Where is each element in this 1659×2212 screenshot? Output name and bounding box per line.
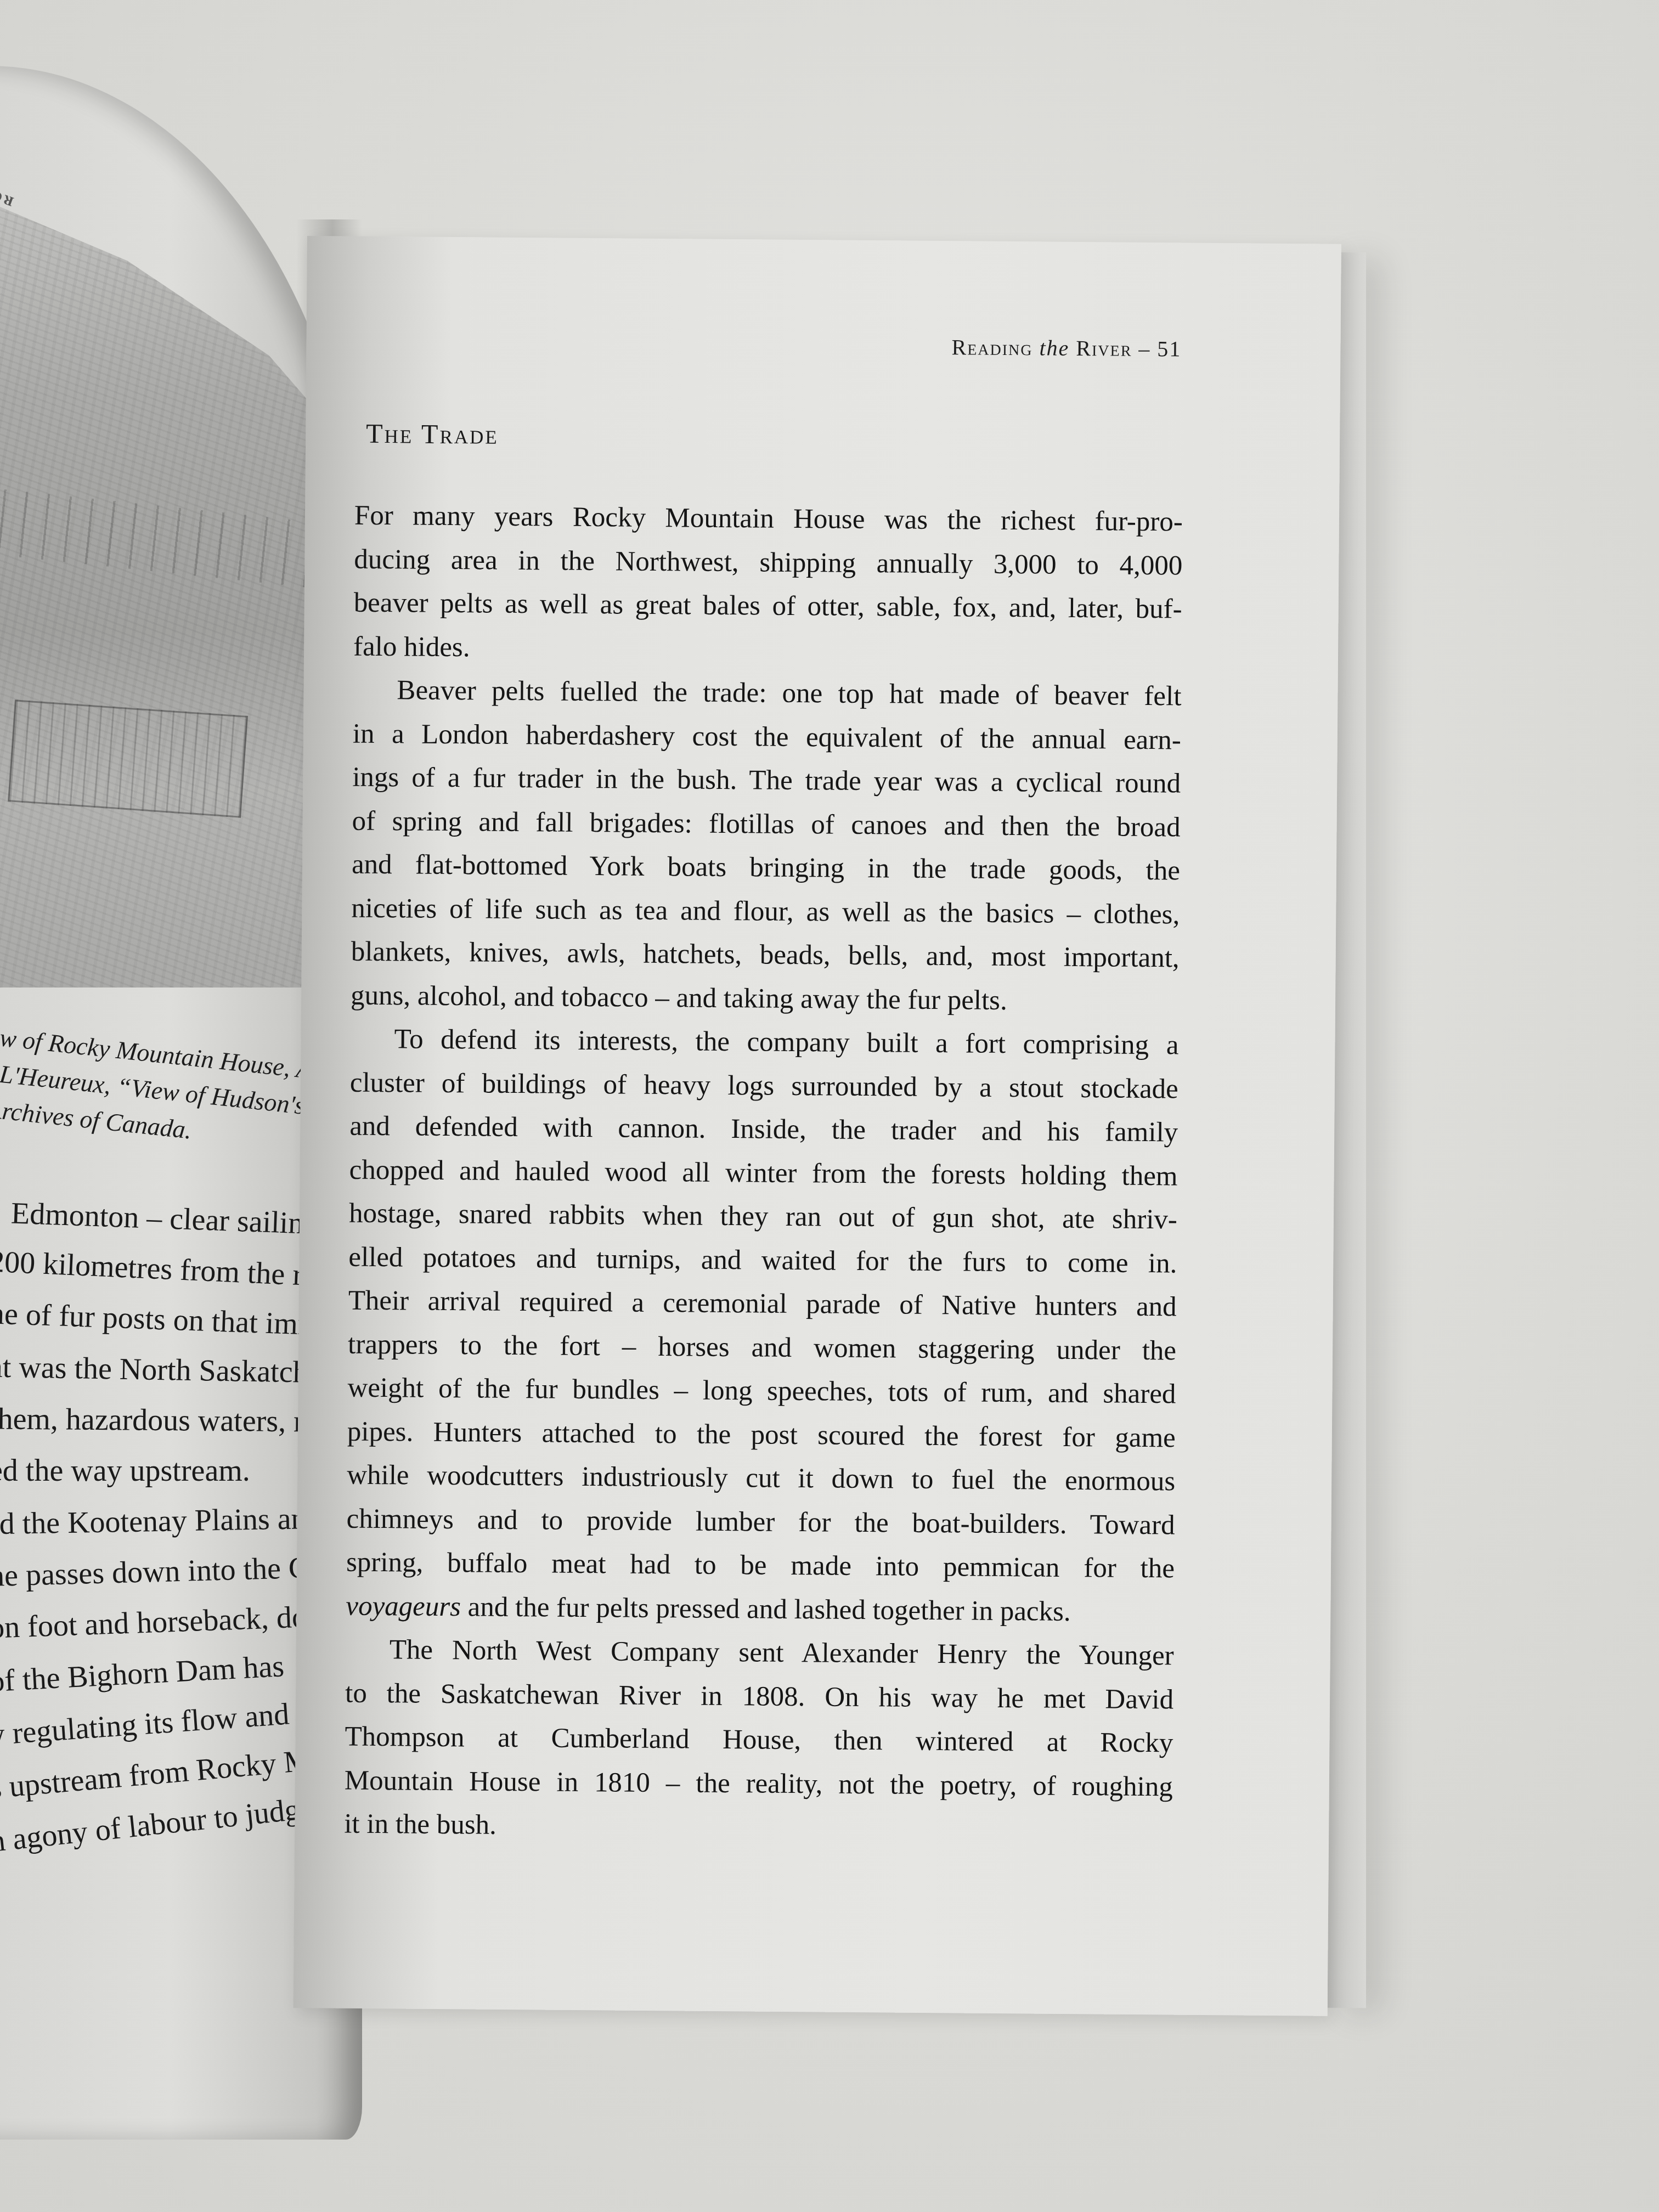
paragraph-1: For many years Rocky Mountain House was …: [353, 494, 1183, 675]
paragraph-4: The North West Company sent Alexander He…: [344, 1628, 1174, 1853]
text-line: elled potatoes and turnips, and waited f…: [348, 1235, 1177, 1285]
text-line: For many years Rocky Mountain House was …: [354, 494, 1183, 544]
text-line: Mountain House in 1810 – the reality, no…: [345, 1759, 1173, 1809]
text-line: at was the North Saskatche: [0, 1342, 330, 1398]
text-line: while woodcutters industriously cut it d…: [347, 1454, 1176, 1504]
text-line: ings of a fur trader in the bush. The tr…: [352, 756, 1181, 806]
text-line: ed the way upstream.: [0, 1446, 329, 1496]
text-line: trappers to the fort – horses and women …: [348, 1323, 1177, 1373]
section-title: The Trade: [366, 417, 499, 450]
running-head-title-2: the: [1039, 335, 1069, 360]
page-number: 51: [1157, 336, 1181, 361]
text-line: Beaver pelts fuelled the trade: one top …: [353, 669, 1182, 719]
running-head-title-1: Reading: [951, 335, 1032, 360]
running-head-separator: –: [1138, 336, 1150, 361]
running-head: Reading the River – 51: [951, 334, 1181, 362]
text-line: and defended with cannon. Inside, the tr…: [349, 1105, 1178, 1155]
text-line: To defend its interests, the company bui…: [350, 1018, 1179, 1068]
text-line: The North West Company sent Alexander He…: [345, 1628, 1174, 1678]
italic-word: voyageurs: [346, 1590, 461, 1622]
text-line: Their arrival required a ceremonial para…: [348, 1279, 1177, 1329]
illustration-trees: [0, 487, 321, 588]
text-line: rd the Kootenay Plains an: [0, 1493, 330, 1550]
text-line: weight of the fur bundles – long speeche…: [347, 1367, 1176, 1417]
text-line: spring, buffalo meat had to be made into…: [346, 1541, 1175, 1591]
right-page: Reading the River – 51 The Trade For man…: [294, 236, 1341, 2016]
running-head-title-3: River: [1076, 336, 1132, 361]
paragraph-2: Beaver pelts fuelled the trade: one top …: [351, 669, 1182, 1024]
body-text: For many years Rocky Mountain House was …: [344, 494, 1183, 1853]
text-line: pipes. Hunters attached to the post scou…: [347, 1410, 1176, 1460]
text-line: falo hides.: [353, 625, 1182, 675]
text-line: to the Saskatchewan River in 1808. On hi…: [345, 1672, 1174, 1722]
text-line: chopped and hauled wood all winter from …: [349, 1148, 1178, 1198]
text-line: chimneys and to provide lumber for the b…: [346, 1497, 1175, 1547]
paragraph-3: To defend its interests, the company bui…: [346, 1018, 1179, 1635]
text-line: cluster of buildings of heavy logs surro…: [350, 1061, 1179, 1111]
text-line: of spring and fall brigades: flotillas o…: [352, 799, 1181, 849]
text-line: guns, alcohol, and tobacco – and taking …: [351, 974, 1180, 1024]
text-line: ducing area in the Northwest, shipping a…: [354, 538, 1183, 588]
text-line: blankets, knives, awls, hatchets, beads,…: [351, 930, 1180, 980]
text-line-voyageurs: voyageurs and the fur pelts pressed and …: [346, 1584, 1175, 1634]
text-line: hostage, snared rabbits when they ran ou…: [349, 1192, 1178, 1242]
left-page-body-text: Edmonton – clear sailing 200 kilometres …: [0, 1193, 329, 1849]
text-line: beaver pelts as well as great bales of o…: [353, 582, 1182, 631]
text-line: niceties of life such as tea and flour, …: [351, 887, 1180, 936]
text-line: them, hazardous waters, ra: [0, 1393, 329, 1447]
text-line: and flat-bottomed York boats bringing in…: [352, 843, 1181, 893]
illustration-fort: [8, 699, 248, 817]
text-fragment: and the fur pelts pressed and lashed tog…: [461, 1592, 1071, 1627]
text-line: it in the bush.: [344, 1803, 1173, 1853]
text-line: Thompson at Cumberland House, then winte…: [345, 1716, 1173, 1765]
text-line: in a London haberdashery cost the equiva…: [353, 712, 1182, 762]
